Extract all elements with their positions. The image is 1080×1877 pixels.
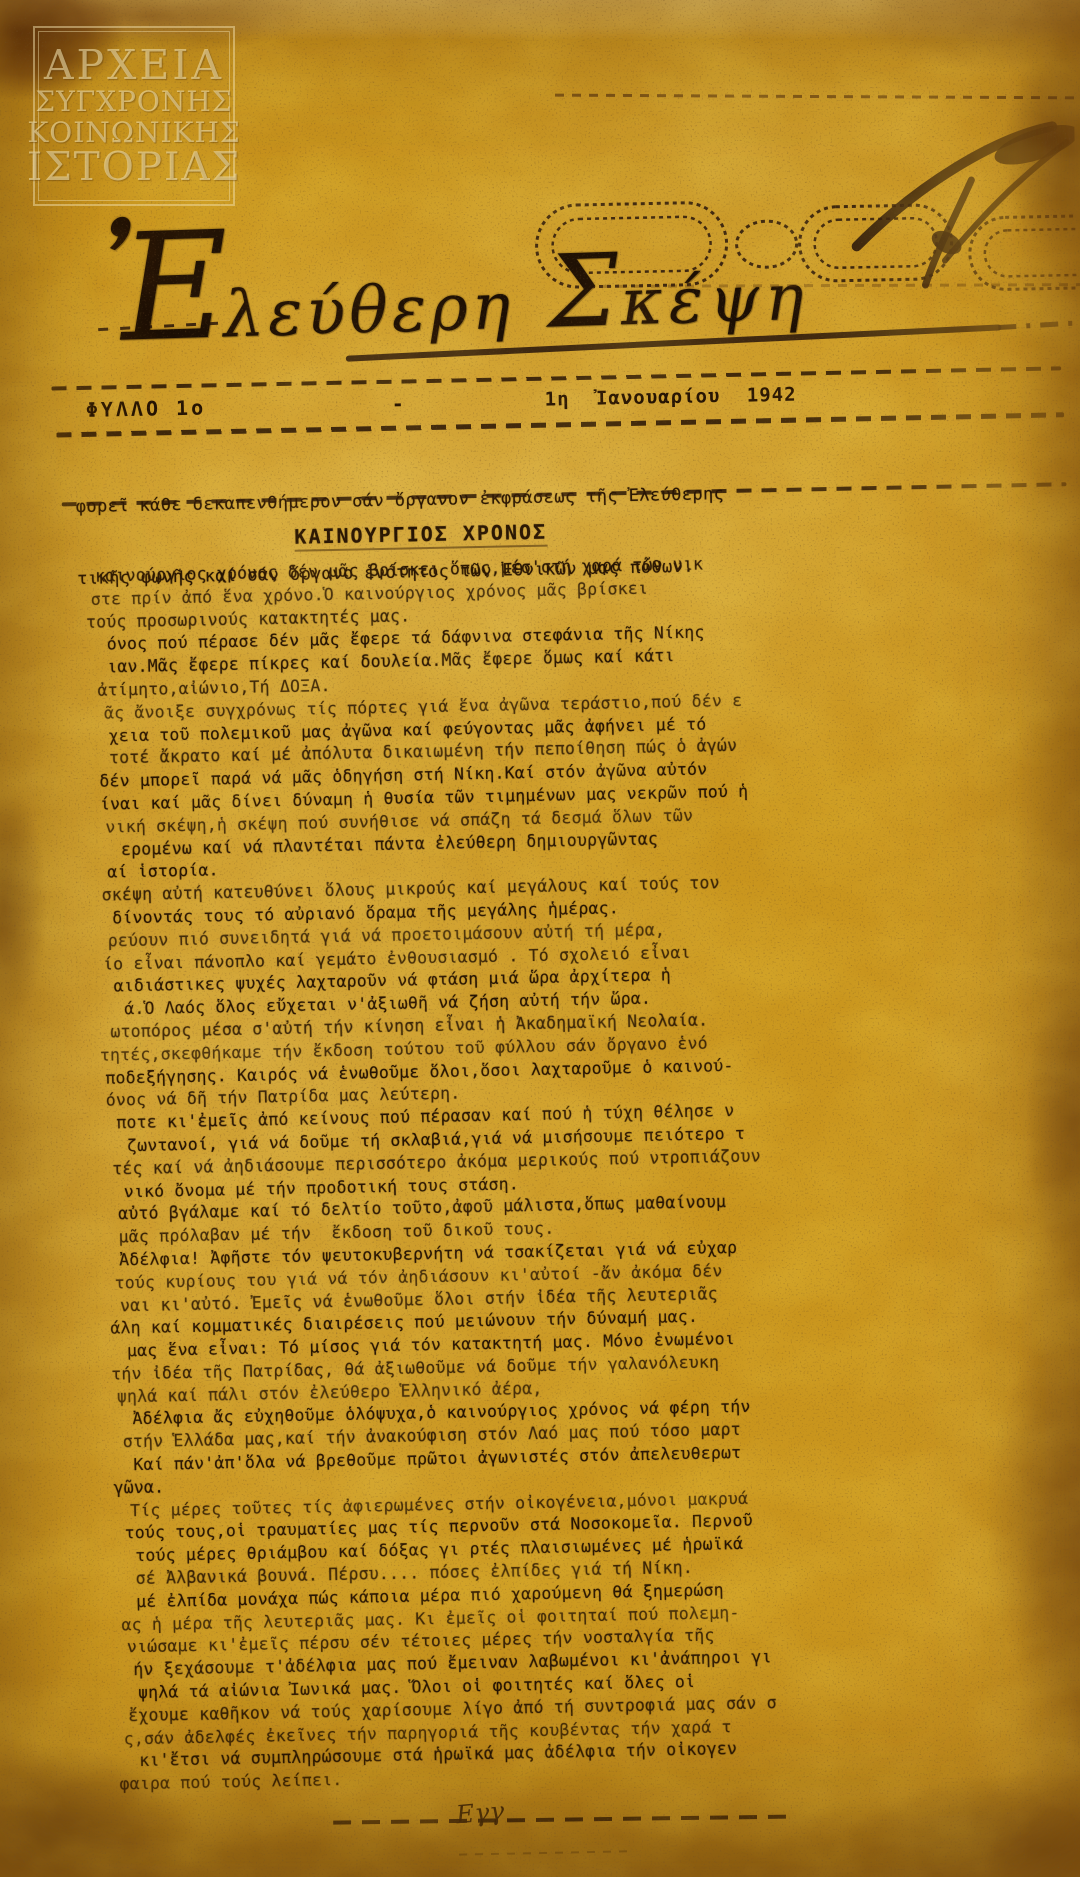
issue-date: 1η Ἰανουαρίου 1942: [544, 384, 796, 411]
footer-divider-small: [459, 1850, 629, 1855]
issue-separator: -: [391, 392, 404, 416]
title-word-1: λεύθερη: [222, 270, 515, 353]
article-heading: ΚΑΙΝΟΥΡΓΙΟΣ ΧΡΟΝΟΣ: [294, 520, 547, 552]
title-initial-2: Σ: [546, 231, 622, 350]
title-word-2: κέψη: [620, 261, 811, 341]
footer-handwritten-mark: Εγγ: [455, 1796, 506, 1829]
title-initial-1: Ἐ: [100, 200, 225, 376]
scan-content: ἘλεύθερηΣκέψη ΦΥΛΛΟ 1ο - 1η Ἰανουαρίου 1…: [0, 0, 1080, 1877]
masthead-title: ἘλεύθερηΣκέψη: [100, 194, 811, 365]
issue-number: ΦΥΛΛΟ 1ο: [86, 395, 207, 421]
document-page: ἘλεύθερηΣκέψη ΦΥΛΛΟ 1ο - 1η Ἰανουαρίου 1…: [0, 0, 1080, 1877]
article-body: καινούργιος χρόνος δέν μᾶς βρίσκει ὅπως,…: [85, 547, 1060, 1797]
footer-divider: [333, 1815, 788, 1825]
